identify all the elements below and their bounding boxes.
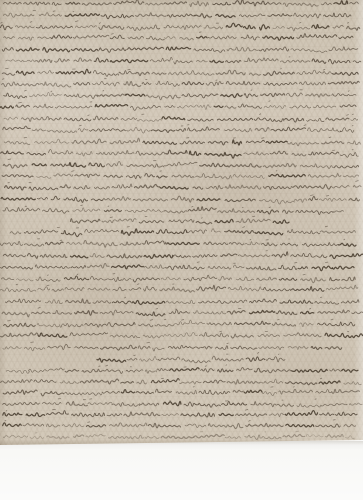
- scanner-background: [0, 441, 363, 500]
- letter-paper: [0, 0, 363, 446]
- scanned-letter-page: Full-page scan of a 19th-century handwri…: [0, 0, 363, 500]
- handwriting-layer: [0, 0, 363, 446]
